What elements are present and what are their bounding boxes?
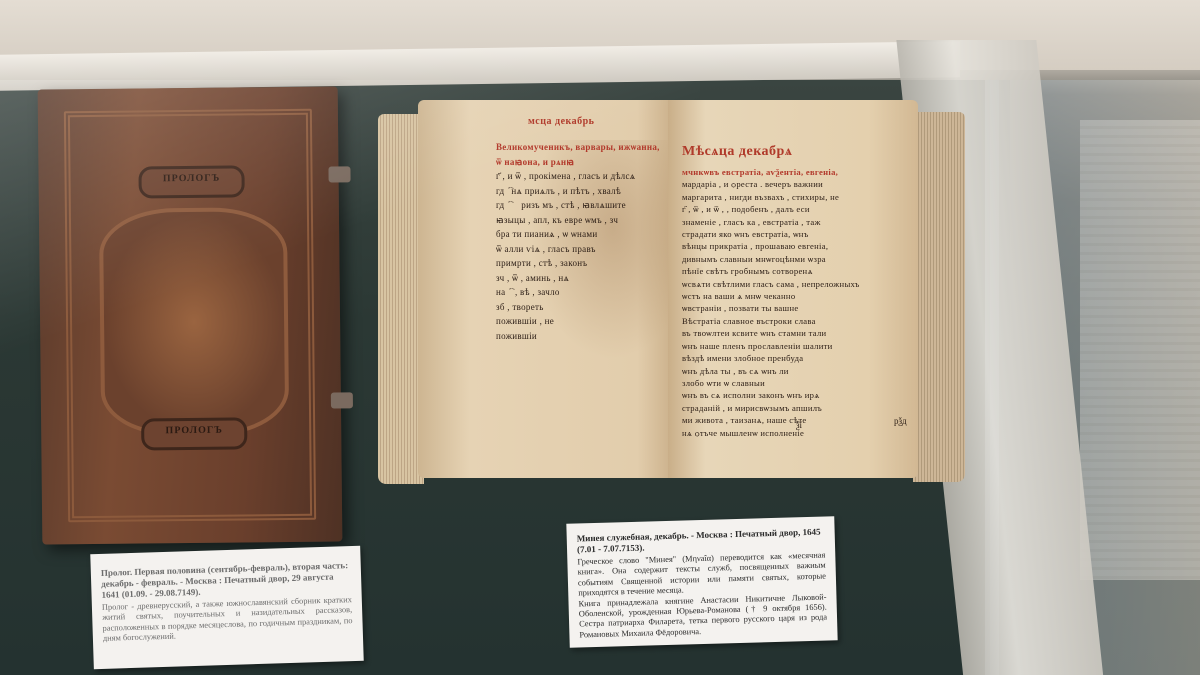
text-line: ѡнъ дѣла ты , въ сѧ ѡнъ ли [682, 365, 904, 377]
text-line: пожившіи [496, 329, 666, 344]
text-line: вѣнцы прикратіа , прошаваю евгеніа, [682, 240, 904, 252]
text-line: бра ти пианиѧ , ѡ ѡнами [496, 227, 666, 242]
left-page: мсца декабрь Великомученикъ, варвары, иж… [418, 100, 676, 478]
text-line: знаменіе , гласъ ка , евстратіа , таж [682, 216, 904, 228]
text-line: вѣздѣ имени злобное пренбуда [682, 352, 904, 364]
closed-book-prologue: ПРОЛОГЪ ПРОЛОГЪ [38, 86, 343, 544]
right-page-text: мчнкѡвъ евстратіа, аѵѯентіа, евгеніа,мар… [682, 166, 904, 439]
text-line: ѿ алли ѵіѧ , гласъ правъ [496, 242, 666, 257]
label-body-ownership: Книга принадлежала княгине Анастасии Ник… [578, 592, 827, 641]
open-book-menaion: мсца декабрь Великомученикъ, варвары, иж… [378, 92, 970, 492]
running-head: мсца декабрь [528, 116, 594, 127]
clasp-top [328, 166, 350, 182]
label-body: Пролог - древнерусский, а также южнослав… [102, 595, 353, 644]
text-line: зч , ѿ , аминь , нѧ [496, 271, 666, 286]
text-line: ѡнъ наше пленъ прославленіи шалити [682, 340, 904, 352]
left-page-text: Великомученикъ, варвары, ижѡанна, ѿ наꙗо… [496, 140, 666, 343]
text-line: злобо ѡти ѡ славныи [682, 377, 904, 389]
text-line: ѡвстраніи , позвати ты вашне [682, 302, 904, 314]
page-edges-right [913, 112, 965, 482]
text-line: примрти , стѣ , законъ [496, 256, 666, 271]
folio-number: рѯд [894, 416, 907, 426]
label-menaion: Минея служебная, декабрь. - Москва : Печ… [566, 516, 837, 647]
text-line: нѧ ѻтъче мышленѡ исполненіе [682, 427, 904, 439]
text-line: зб , твореть [496, 300, 666, 315]
text-line: гдⷭ҇ꙋ ризъ мъ , стѣ , ꙗвлѧшите [496, 198, 666, 213]
text-line: ѡнъ въ сѧ исполни законъ ѡнъ ирѧ [682, 389, 904, 401]
label-title: Пролог. Первая половина (сентябрь-феврал… [101, 560, 352, 601]
text-line: пѣнїе свѣтъ гробнымъ сотворенѧ [682, 265, 904, 277]
label-body: Греческое слово "Минея" (Mηνaîα) перевод… [577, 551, 826, 600]
text-line: дивнымъ славныи мнѡгоцѣнми ѡзра [682, 253, 904, 265]
right-page: Мѣсѧца декабрѧ мчнкѡвъ евстратіа, аѵѯент… [668, 100, 918, 478]
text-line: пожившіи , не [496, 314, 666, 329]
right-page-heading: Мѣсѧца декабрѧ [682, 144, 792, 160]
text-line: г҃ , ѿ , и ѿ , , подобенъ , далъ еси [682, 203, 904, 215]
text-line: г҃ , и ѿ , прокімена , гласъ и дѣлсѧ [496, 169, 666, 184]
signature-mark: ѯї [796, 420, 802, 430]
text-line: ѡстъ на ваши ѧ мнѡ чеканно [682, 290, 904, 302]
cover-title-bottom: ПРОЛОГЪ [141, 417, 247, 450]
text-line: въ твоѡлтеи ксвите ѡнъ стамни тали [682, 327, 904, 339]
text-line: гдⷭ҇нѧ приѧлъ , и пѣтъ , хвалѣ [496, 184, 666, 199]
cover-title-top: ПРОЛОГЪ [138, 165, 244, 198]
text-line: ꙗзыцы , апл, къ евре ѡмъ , зч [496, 213, 666, 228]
cover-central-ornament [99, 207, 289, 437]
text-line: ми живота , таизанѧ, наше сѣте [682, 414, 904, 426]
text-line: мардаріа , и ѻреста . вечеръ важнии [682, 178, 904, 190]
text-line: мчнкѡвъ евстратіа, аѵѯентіа, евгеніа, [682, 166, 904, 178]
text-line: маргарита , нигди възвахъ , стихиры, не [682, 191, 904, 203]
text-line: наⷭ҇ , вѣ , зачло [496, 285, 666, 300]
text-line: ѡсвѧти свѣтлими гласъ сама , непреложных… [682, 278, 904, 290]
text-line: Великомученикъ, варвары, ижѡанна, ѿ наꙗо… [496, 140, 666, 169]
text-line: Вѣстратіа славное въстроки слава [682, 315, 904, 327]
clasp-bottom [331, 392, 353, 408]
text-line: страдати яко ѡнъ евстратіа, ѡнъ [682, 228, 904, 240]
text-line: страданій , и мирисвѡзымъ апшилъ [682, 402, 904, 414]
display-case-photo: ПРОЛОГЪ ПРОЛОГЪ мсца декабрь Великомучен… [0, 0, 1200, 675]
label-prologue: Пролог. Первая половина (сентябрь-феврал… [90, 546, 363, 669]
